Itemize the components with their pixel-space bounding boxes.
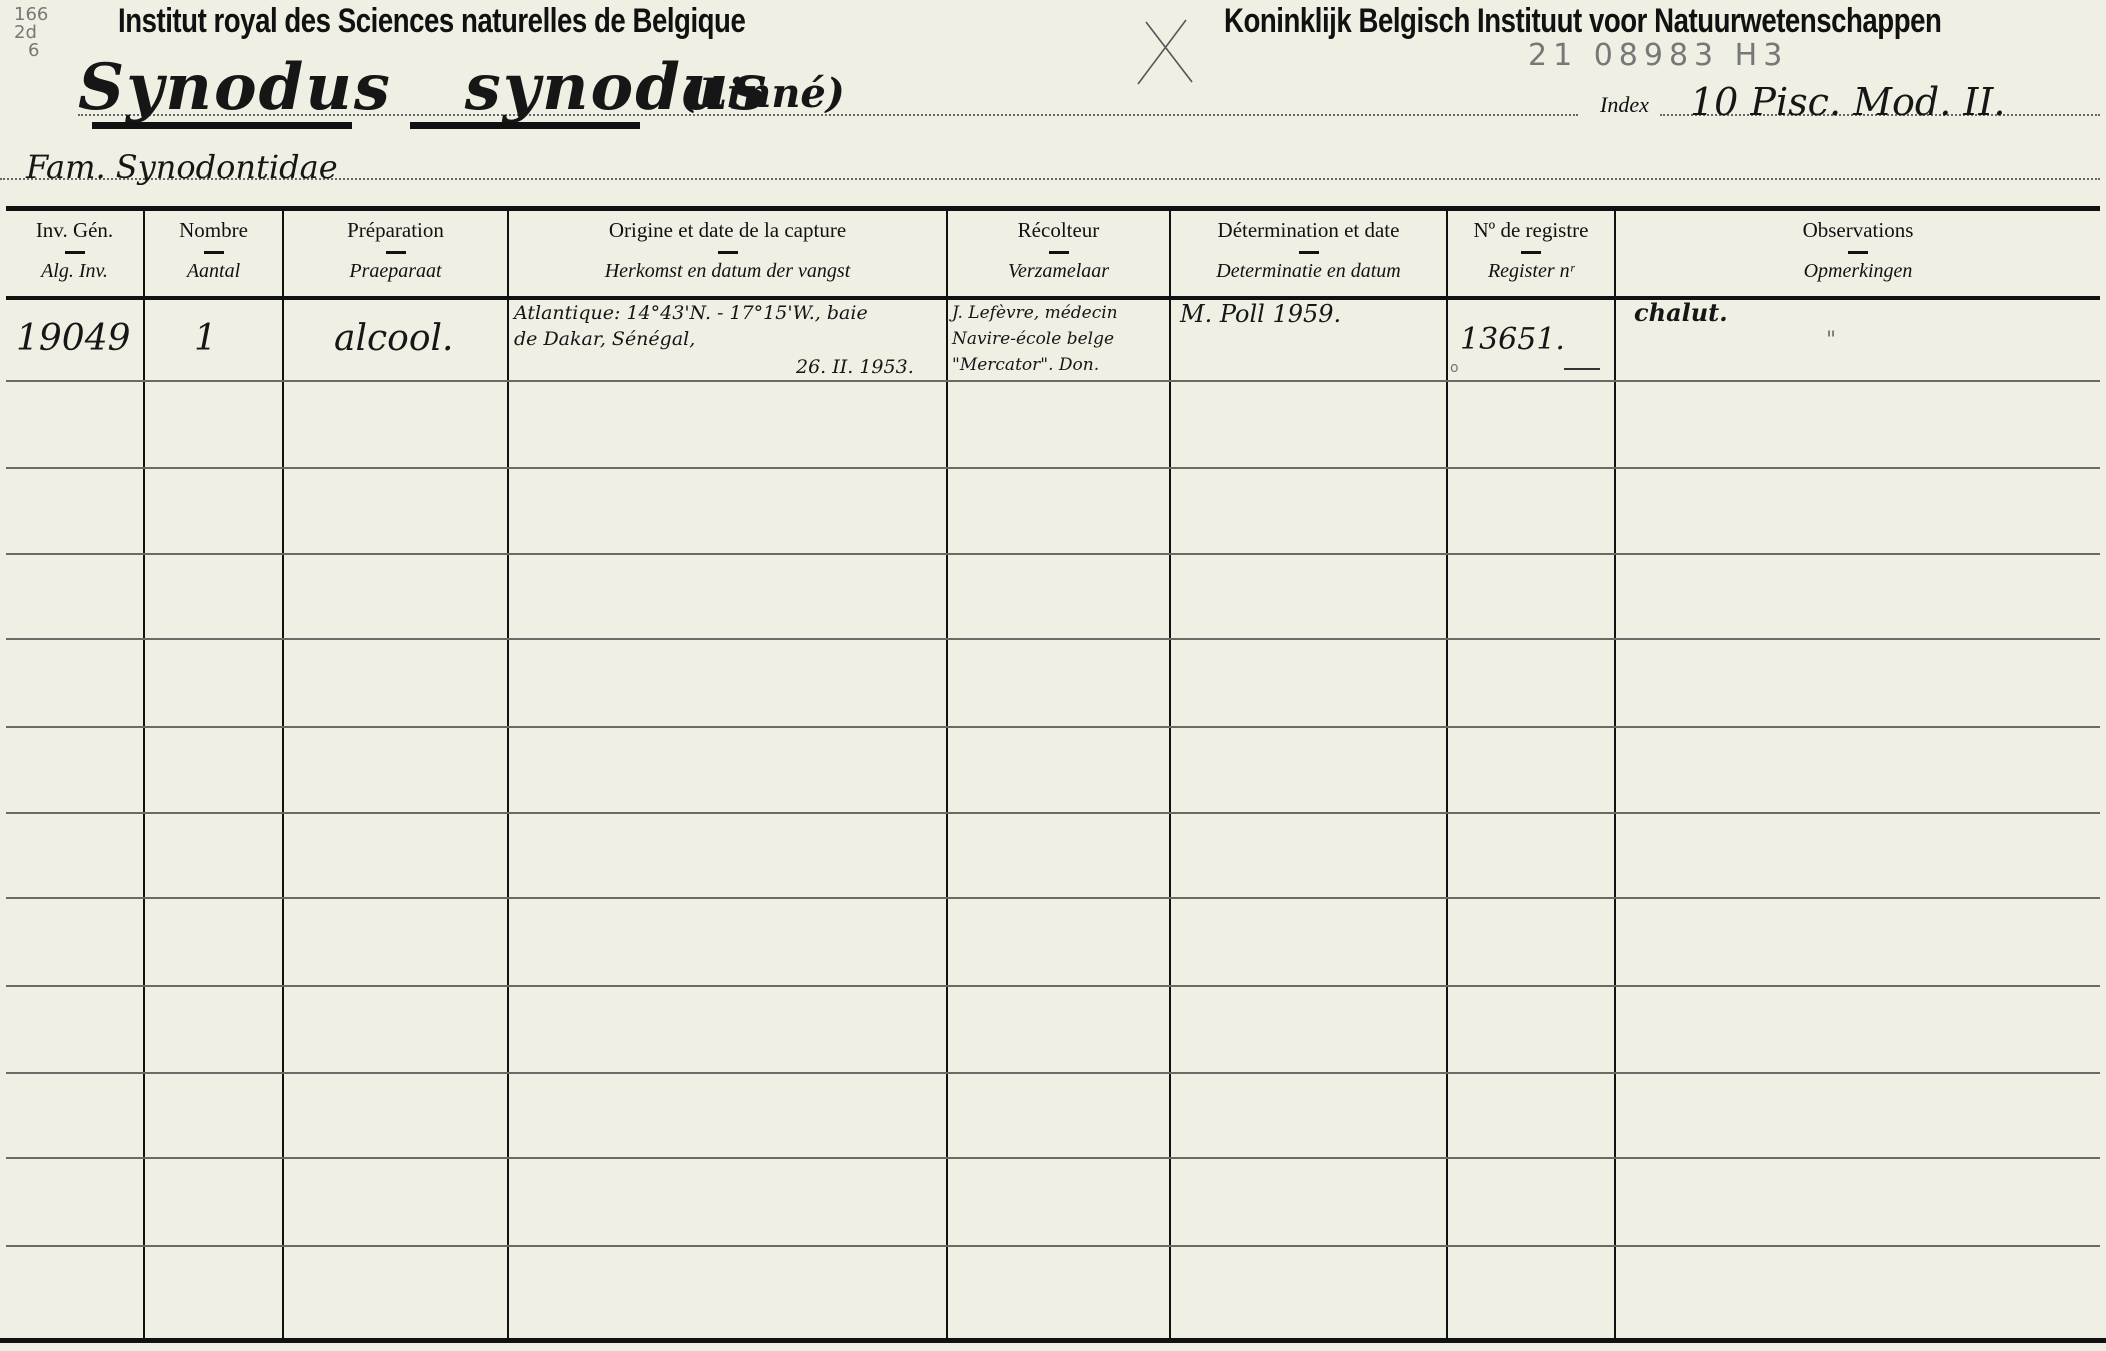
family-line: Fam. Synodontidae [26, 148, 338, 186]
row-rule [6, 553, 2100, 555]
column-header-observations: Observations Opmerkingen [1616, 212, 2100, 298]
pencil-note-3: 6 [14, 42, 74, 60]
table-bottom-rule [0, 1338, 2106, 1343]
column-header-fr: Récolteur [948, 218, 1169, 243]
row-rule [6, 1157, 2100, 1159]
cell-inventory-number: 19049 [16, 318, 131, 359]
column-header-nl: Opmerkingen [1616, 260, 2100, 283]
column-divider-7 [1614, 208, 1616, 1340]
cell-origin-date: 26. II. 1953. [796, 354, 914, 380]
column-divider-2 [282, 208, 284, 1340]
row-rule [6, 1245, 2100, 1247]
pencil-corner-notes: 166 2d 6 [14, 6, 74, 60]
header-dash [1521, 251, 1541, 254]
header-dash [65, 251, 85, 254]
column-header-fr: Détermination et date [1171, 218, 1446, 243]
column-header-nl: Herkomst en datum der vangst [509, 260, 946, 283]
column-header-nl: Alg. Inv. [6, 260, 143, 283]
cell-register-number: 13651. [1460, 322, 1565, 357]
column-header-preparation: Préparation Praeparaat [284, 212, 507, 298]
catalog-card: 166 2d 6 Institut royal des Sciences nat… [0, 0, 2106, 1351]
institute-name-nl: Koninklijk Belgisch Instituut voor Natuu… [1224, 2, 1941, 41]
column-header-nl: Verzamelaar [948, 260, 1169, 283]
cell-collector-line-3: "Mercator". Don. [952, 352, 1099, 378]
column-divider-1 [143, 208, 145, 1340]
x-mark-icon [1128, 16, 1198, 86]
column-header-inv: Inv. Gén. Alg. Inv. [6, 212, 143, 298]
column-header-fr: Inv. Gén. [6, 218, 143, 243]
row-rule [6, 812, 2100, 814]
column-header-nl: Praeparaat [284, 260, 507, 283]
header-dash [1049, 251, 1069, 254]
cell-origin-line-2: de Dakar, Sénégal, [514, 326, 695, 352]
cell-origin-line-1: Atlantique: 14°43'N. - 17°15'W., baie [514, 300, 868, 326]
row-rule [6, 380, 2100, 382]
column-divider-4 [946, 208, 948, 1340]
column-header-origin: Origine et date de la capture Herkomst e… [509, 212, 946, 298]
family-label: Fam. [26, 148, 106, 186]
column-header-fr: Origine et date de la capture [509, 218, 946, 243]
pencil-note-2: 2d [14, 24, 74, 42]
column-header-fr: Préparation [284, 218, 507, 243]
table-top-rule [6, 206, 2100, 211]
column-divider-3 [507, 208, 509, 1340]
header-dash [1299, 251, 1319, 254]
family-name: Synodontidae [116, 148, 338, 186]
register-dash [1564, 368, 1600, 370]
header-dash [718, 251, 738, 254]
column-header-determination: Détermination et date Determinatie en da… [1171, 212, 1446, 298]
row-rule [6, 726, 2100, 728]
header-dash [1848, 251, 1868, 254]
register-mark: o [1450, 360, 1459, 376]
cell-observation: chalut. [1634, 298, 1728, 327]
index-value: 10 Pisc. Mod. II. [1690, 80, 2005, 124]
index-label: Index [1600, 92, 1649, 118]
column-header-register: Nº de registre Register nʳ [1448, 212, 1614, 298]
column-header-fr: Nombre [145, 218, 282, 243]
cell-collector-line-1: J. Lefèvre, médecin [952, 300, 1118, 326]
header-dash [204, 251, 224, 254]
observation-ditto-mark: " [1826, 328, 1836, 353]
pencil-catalog-number: 21 08983 H3 [1528, 38, 1788, 73]
row-rule [6, 1072, 2100, 1074]
row-rule [6, 467, 2100, 469]
genus-underline [92, 122, 352, 129]
species-underline [410, 122, 640, 129]
institute-name-fr: Institut royal des Sciences naturelles d… [118, 2, 745, 41]
row-rule [6, 897, 2100, 899]
genus-name: Synodus [78, 50, 392, 125]
column-header-nl: Determinatie en datum [1171, 260, 1446, 283]
cell-collector-line-2: Navire-école belge [952, 326, 1114, 352]
column-divider-5 [1169, 208, 1171, 1340]
column-header-fr: Nº de registre [1448, 218, 1614, 243]
species-author: (Linné) [680, 70, 845, 117]
cell-determination: M. Poll 1959. [1180, 300, 1341, 328]
species-name: Synodus synodus [78, 50, 769, 125]
cell-count: 1 [194, 318, 217, 359]
column-divider-6 [1446, 208, 1448, 1340]
cell-preparation: alcool. [334, 318, 453, 359]
header-dash [386, 251, 406, 254]
column-header-fr: Observations [1616, 218, 2100, 243]
row-rule [6, 985, 2100, 987]
column-header-collector: Récolteur Verzamelaar [948, 212, 1169, 298]
row-rule [6, 638, 2100, 640]
column-header-count: Nombre Aantal [145, 212, 282, 298]
column-header-nl: Register nʳ [1448, 260, 1614, 283]
column-header-nl: Aantal [145, 260, 282, 283]
